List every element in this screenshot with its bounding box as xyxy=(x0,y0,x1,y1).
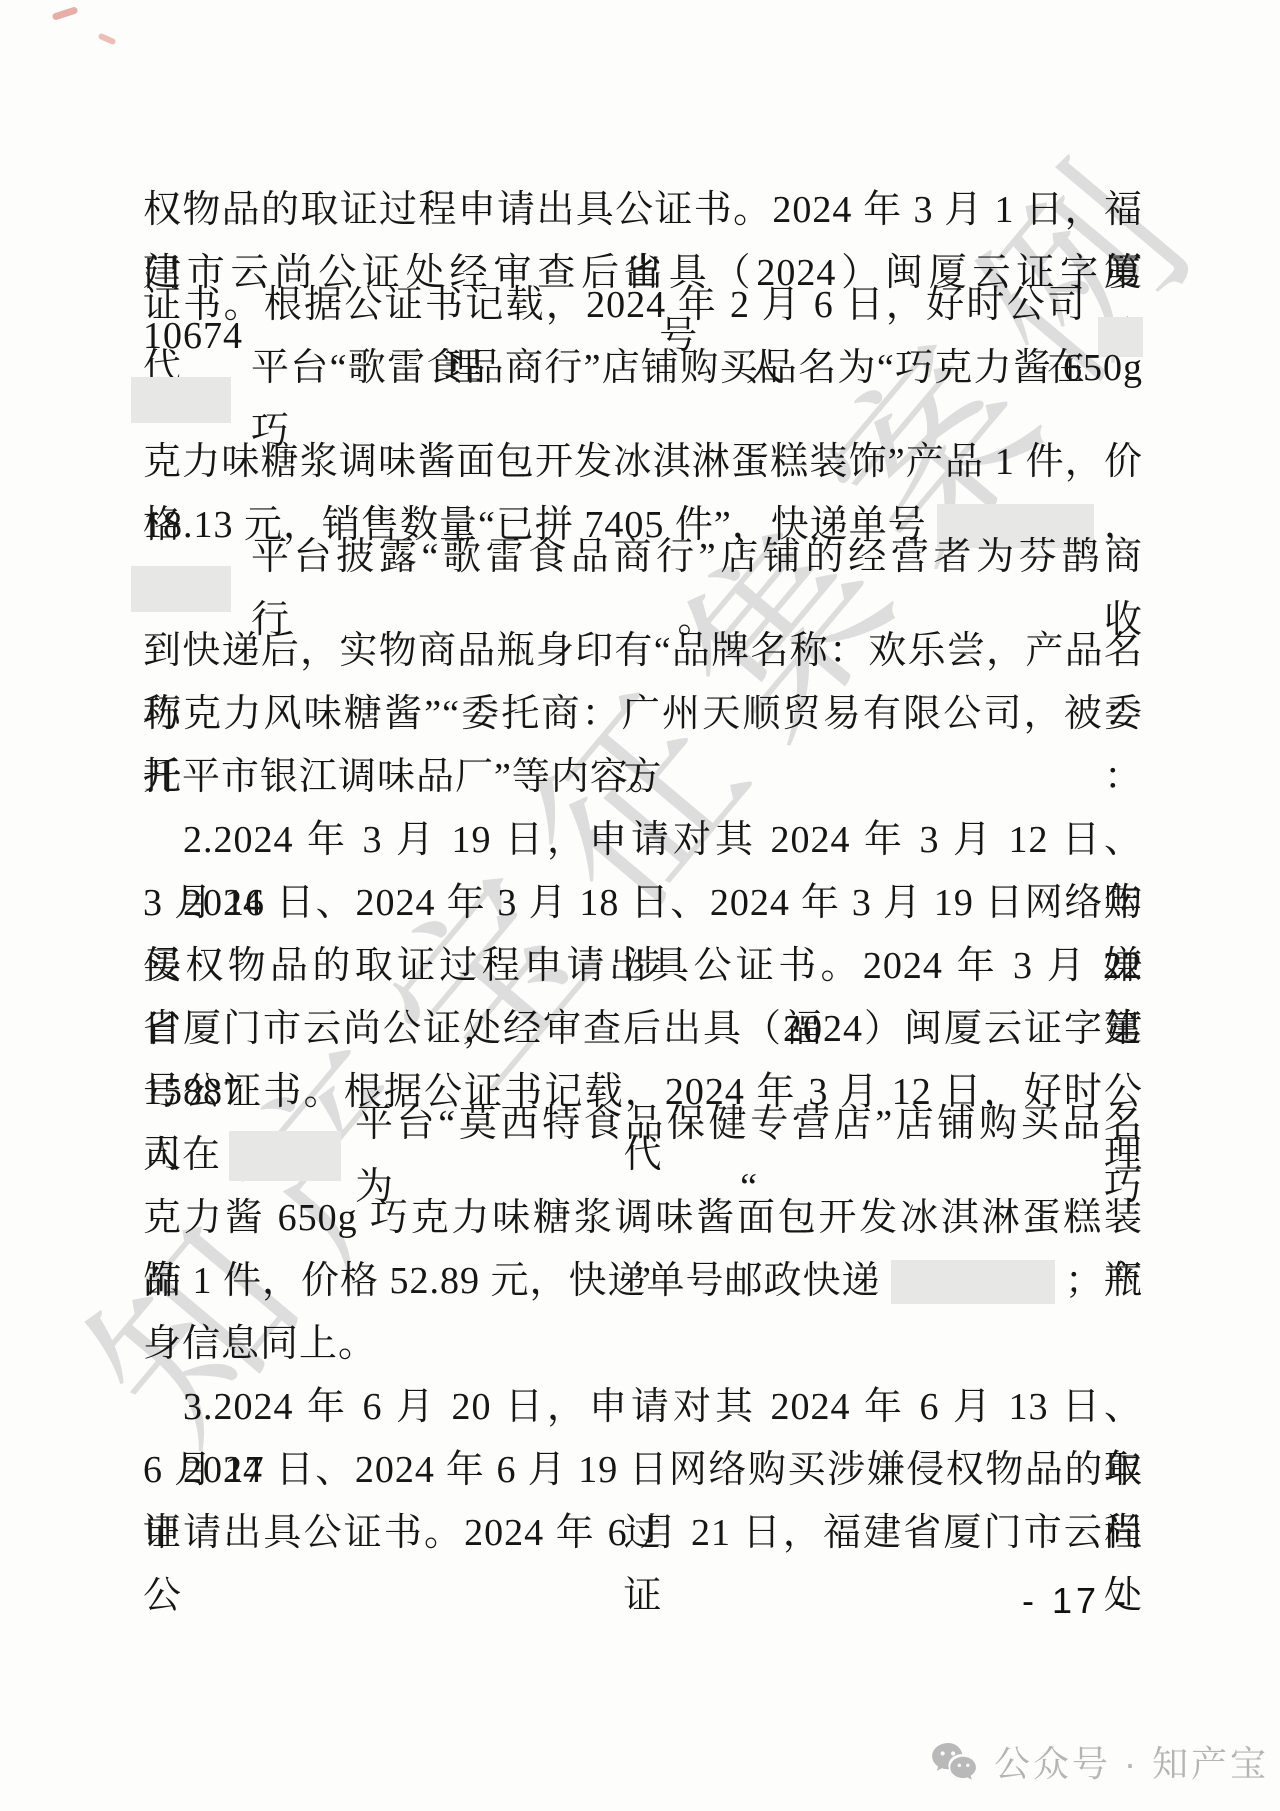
line-text: 品 1 件，价格 52.89 元，快递单号邮政快递 xyxy=(143,1250,881,1313)
red-pen-mark xyxy=(98,33,117,46)
line-text: ；瓶 xyxy=(1065,1250,1143,1313)
doc-line: 6 月 17 日、2024 年 6 月 19 日网络购买涉嫌侵权物品的取证过程 xyxy=(143,1439,1143,1502)
doc-line: 身信息同上。 xyxy=(143,1313,1143,1376)
doc-line: 巧克力风味糖酱”“委托商：广州天顺贸易有限公司，被委托方： xyxy=(143,683,1143,746)
doc-line: 克力酱 650g 巧克力味糖浆调味酱面包开发冰淇淋蛋糕装饰”产 xyxy=(143,1187,1143,1250)
doc-line: 3 月 16 日、2024 年 3 月 18 日、2024 年 3 月 19 日… xyxy=(143,872,1143,935)
redaction-box xyxy=(131,566,231,612)
wechat-icon xyxy=(930,1742,980,1782)
line-text: 身信息同上。 xyxy=(143,1323,377,1365)
red-pen-mark xyxy=(52,6,79,21)
redaction-box xyxy=(131,377,231,423)
doc-line: 到快递后，实物商品瓶身印有“品牌名称：欢乐尝，产品名称： xyxy=(143,620,1143,683)
footer: 公众号 · 知产宝 xyxy=(930,1736,1269,1787)
doc-line: 克力味糖浆调味酱面包开发冰淇淋蛋糕装饰”产品 1 件，价格 xyxy=(143,431,1143,494)
doc-line: 平台披露“歌雷食品商行”店铺的经营者为芬鹊商行。收 xyxy=(143,557,1143,620)
judgment-text: 权物品的取证过程申请出具公证书。2024 年 3 月 1 日，福建省厦 门市云尚… xyxy=(143,179,1143,1565)
page-number: - 17 - xyxy=(1022,1580,1130,1622)
line-text: 申请出具公证书。2024 年 6 月 21 日，福建省厦门市云尚公证处 xyxy=(143,1512,1143,1617)
doc-line: 3.2024 年 6 月 20 日，申请对其 2024 年 6 月 13 日、2… xyxy=(143,1376,1143,1439)
doc-line: 权物品的取证过程申请出具公证书。2024 年 3 月 1 日，福建省厦 xyxy=(143,179,1143,242)
doc-line: 侵权物品的取证过程申请出具公证书。2024 年 3 月 22 日，福建 xyxy=(143,935,1143,998)
redaction-box xyxy=(891,1260,1055,1304)
document-page: 知产宝征集案例 权物品的取证过程申请出具公证书。2024 年 3 月 1 日，福… xyxy=(0,0,1280,1811)
wechat-account-label: 公众号 · 知产宝 xyxy=(994,1736,1269,1787)
line-text: 人在 xyxy=(143,1124,221,1187)
doc-line: 申请出具公证书。2024 年 6 月 21 日，福建省厦门市云尚公证处 xyxy=(143,1502,1143,1565)
redaction-box xyxy=(229,1131,341,1181)
line-text: 开平市银江调味品厂”等内容。 xyxy=(143,756,668,798)
doc-line: 2.2024 年 3 月 19 日，申请对其 2024 年 3 月 12 日、2… xyxy=(143,809,1143,872)
doc-line: 平台“歌雷食品商行”店铺购买品名为“巧克力酱 650g 巧 xyxy=(143,368,1143,431)
doc-line: 省厦门市云尚公证处经审查后出具（2024）闽厦云证字第 15887 xyxy=(143,998,1143,1061)
doc-line: 人在 平台“莫西特食品保健专营店”店铺购买品名为“巧 xyxy=(143,1124,1143,1187)
